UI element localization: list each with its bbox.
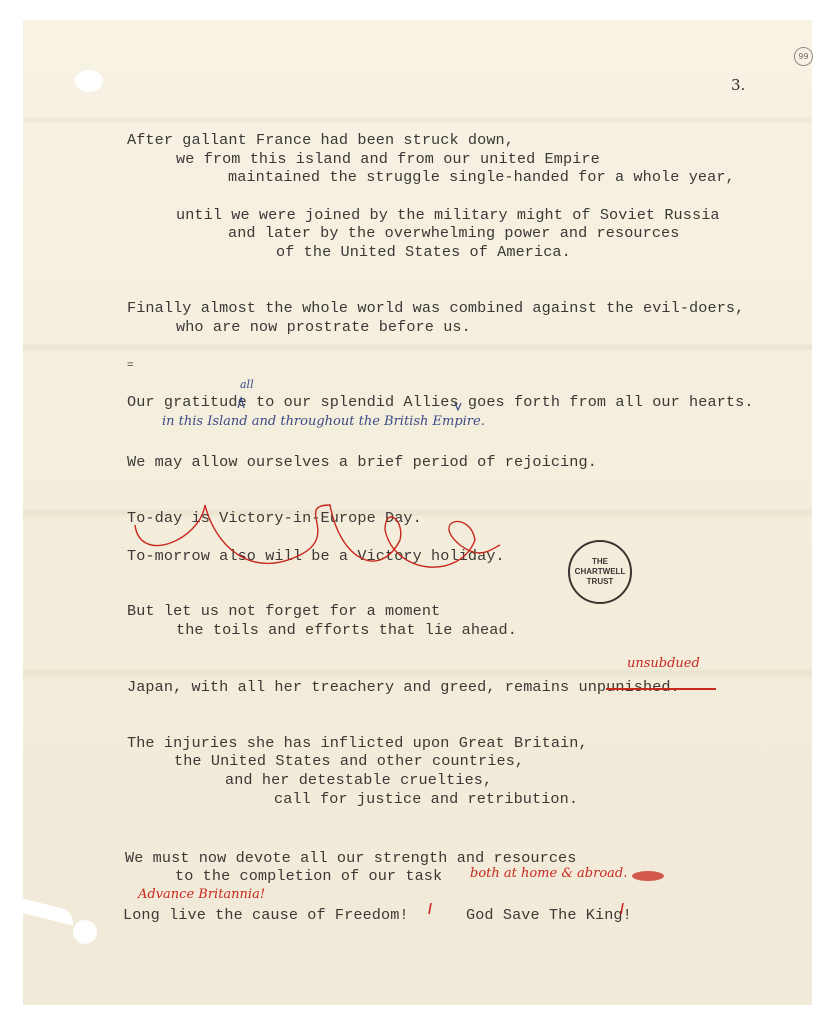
handwritten-task-addition: both at home & abroad. [470,866,627,881]
typed-line: who are now prostrate before us. [176,318,471,336]
typed-line: of the United States of America. [276,243,571,261]
typed-line: to the completion of our task [175,867,442,885]
typed-line: we from this island and from our united … [176,150,600,168]
typed-line: the United States and other countries, [174,752,524,770]
handwritten-unsubdued: unsubdued [627,656,700,671]
typed-line: After gallant France had been struck dow… [127,131,514,149]
typed-line: Japan, with all her treachery and greed,… [127,678,680,696]
strikethrough-unpunished [606,688,716,690]
typed-line: We must now devote all our strength and … [125,849,577,867]
handwritten-advance-britannia: Advance Britannia! [138,887,265,902]
stamp-line: THE [592,557,608,567]
typed-line: We may allow ourselves a brief period of… [127,453,597,471]
typed-line: and her detestable cruelties, [225,771,492,789]
handwritten-insert-all: all [240,378,254,391]
paper-fold [23,115,812,125]
typed-line: To-day is Victory-in-Europe Day. [127,509,422,527]
typed-line: the toils and efforts that lie ahead. [176,621,517,639]
handwritten-blue-addition: in this Island and throughout the Britis… [162,414,485,429]
punch-hole [75,70,103,92]
folio-number: 99 [794,47,813,66]
typed-line: and later by the overwhelming power and … [228,224,680,242]
typed-line: maintained the struggle single-handed fo… [228,168,735,186]
typed-line: To-morrow also will be a Victory holiday… [127,547,505,565]
typed-line: The injuries she has inflicted upon Grea… [127,734,588,752]
chartwell-trust-stamp: THE CHARTWELL TRUST [568,540,632,604]
paper-fold [23,342,812,352]
typed-line: God Save The King! [466,906,632,924]
stamp-line: TRUST [587,577,614,587]
punch-hole [73,920,97,944]
stamp-line: CHARTWELL [575,567,626,577]
typed-line: until we were joined by the military mig… [176,206,720,224]
typed-line: But let us not forget for a moment [127,602,440,620]
typed-line: Long live the cause of Freedom! [123,906,409,924]
typed-line: Our gratitude to our splendid Allies goe… [127,393,754,411]
typed-mark: = [127,357,134,375]
typed-line: Finally almost the whole world was combi… [127,299,744,317]
page-number: 3. [731,76,745,94]
typed-line: call for justice and retribution. [274,790,578,808]
